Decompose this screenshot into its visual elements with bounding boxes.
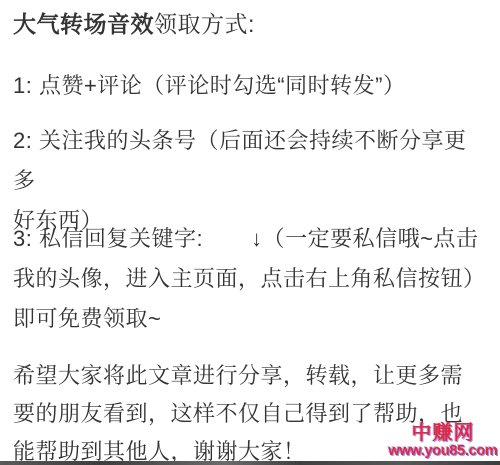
bottom-divider: [0, 461, 500, 465]
step-3-private-message: 3: 私信回复关键字:↓（一定要私信哦~点击 我的头像，进入主页面，点击右上角私…: [13, 219, 488, 339]
step-1-like-comment: 1: 点赞+评论（评论时勾选“同时转发”）: [13, 66, 488, 106]
step-1-text: 1: 点赞+评论（评论时勾选“同时转发”）: [13, 66, 488, 106]
watermark-site-name: 中赚网: [388, 423, 498, 444]
step-3-text-line-3: 即可免费领取~: [13, 299, 488, 339]
title-sound-effect-name: 大气转场音效: [13, 11, 154, 37]
step-3-prefix: 3: 私信回复关键字:: [13, 226, 203, 251]
step-3-text-line-1: 3: 私信回复关键字:↓（一定要私信哦~点击: [13, 219, 488, 259]
watermark-site-url: www.you85.com: [388, 444, 498, 459]
watermark: 中赚网 www.you85.com: [388, 423, 498, 459]
closing-text-line-1: 希望大家将此文章进行分享，转载，让更多需: [13, 357, 488, 395]
down-arrow-icon: ↓: [251, 219, 263, 259]
title-suffix: 领取方式:: [154, 11, 255, 37]
step-2-text-line-1: 2: 关注我的头条号（后面还会持续不断分享更多: [13, 121, 488, 201]
step-3-suffix: （一定要私信哦~点击: [263, 226, 479, 251]
step-3-text-line-2: 我的头像，进入主页面，点击右上角私信按钮）: [13, 259, 488, 299]
article-screenshot: 大气转场音效领取方式: 1: 点赞+评论（评论时勾选“同时转发”） 2: 关注我…: [0, 0, 500, 465]
article-title: 大气转场音效领取方式:: [13, 8, 488, 40]
